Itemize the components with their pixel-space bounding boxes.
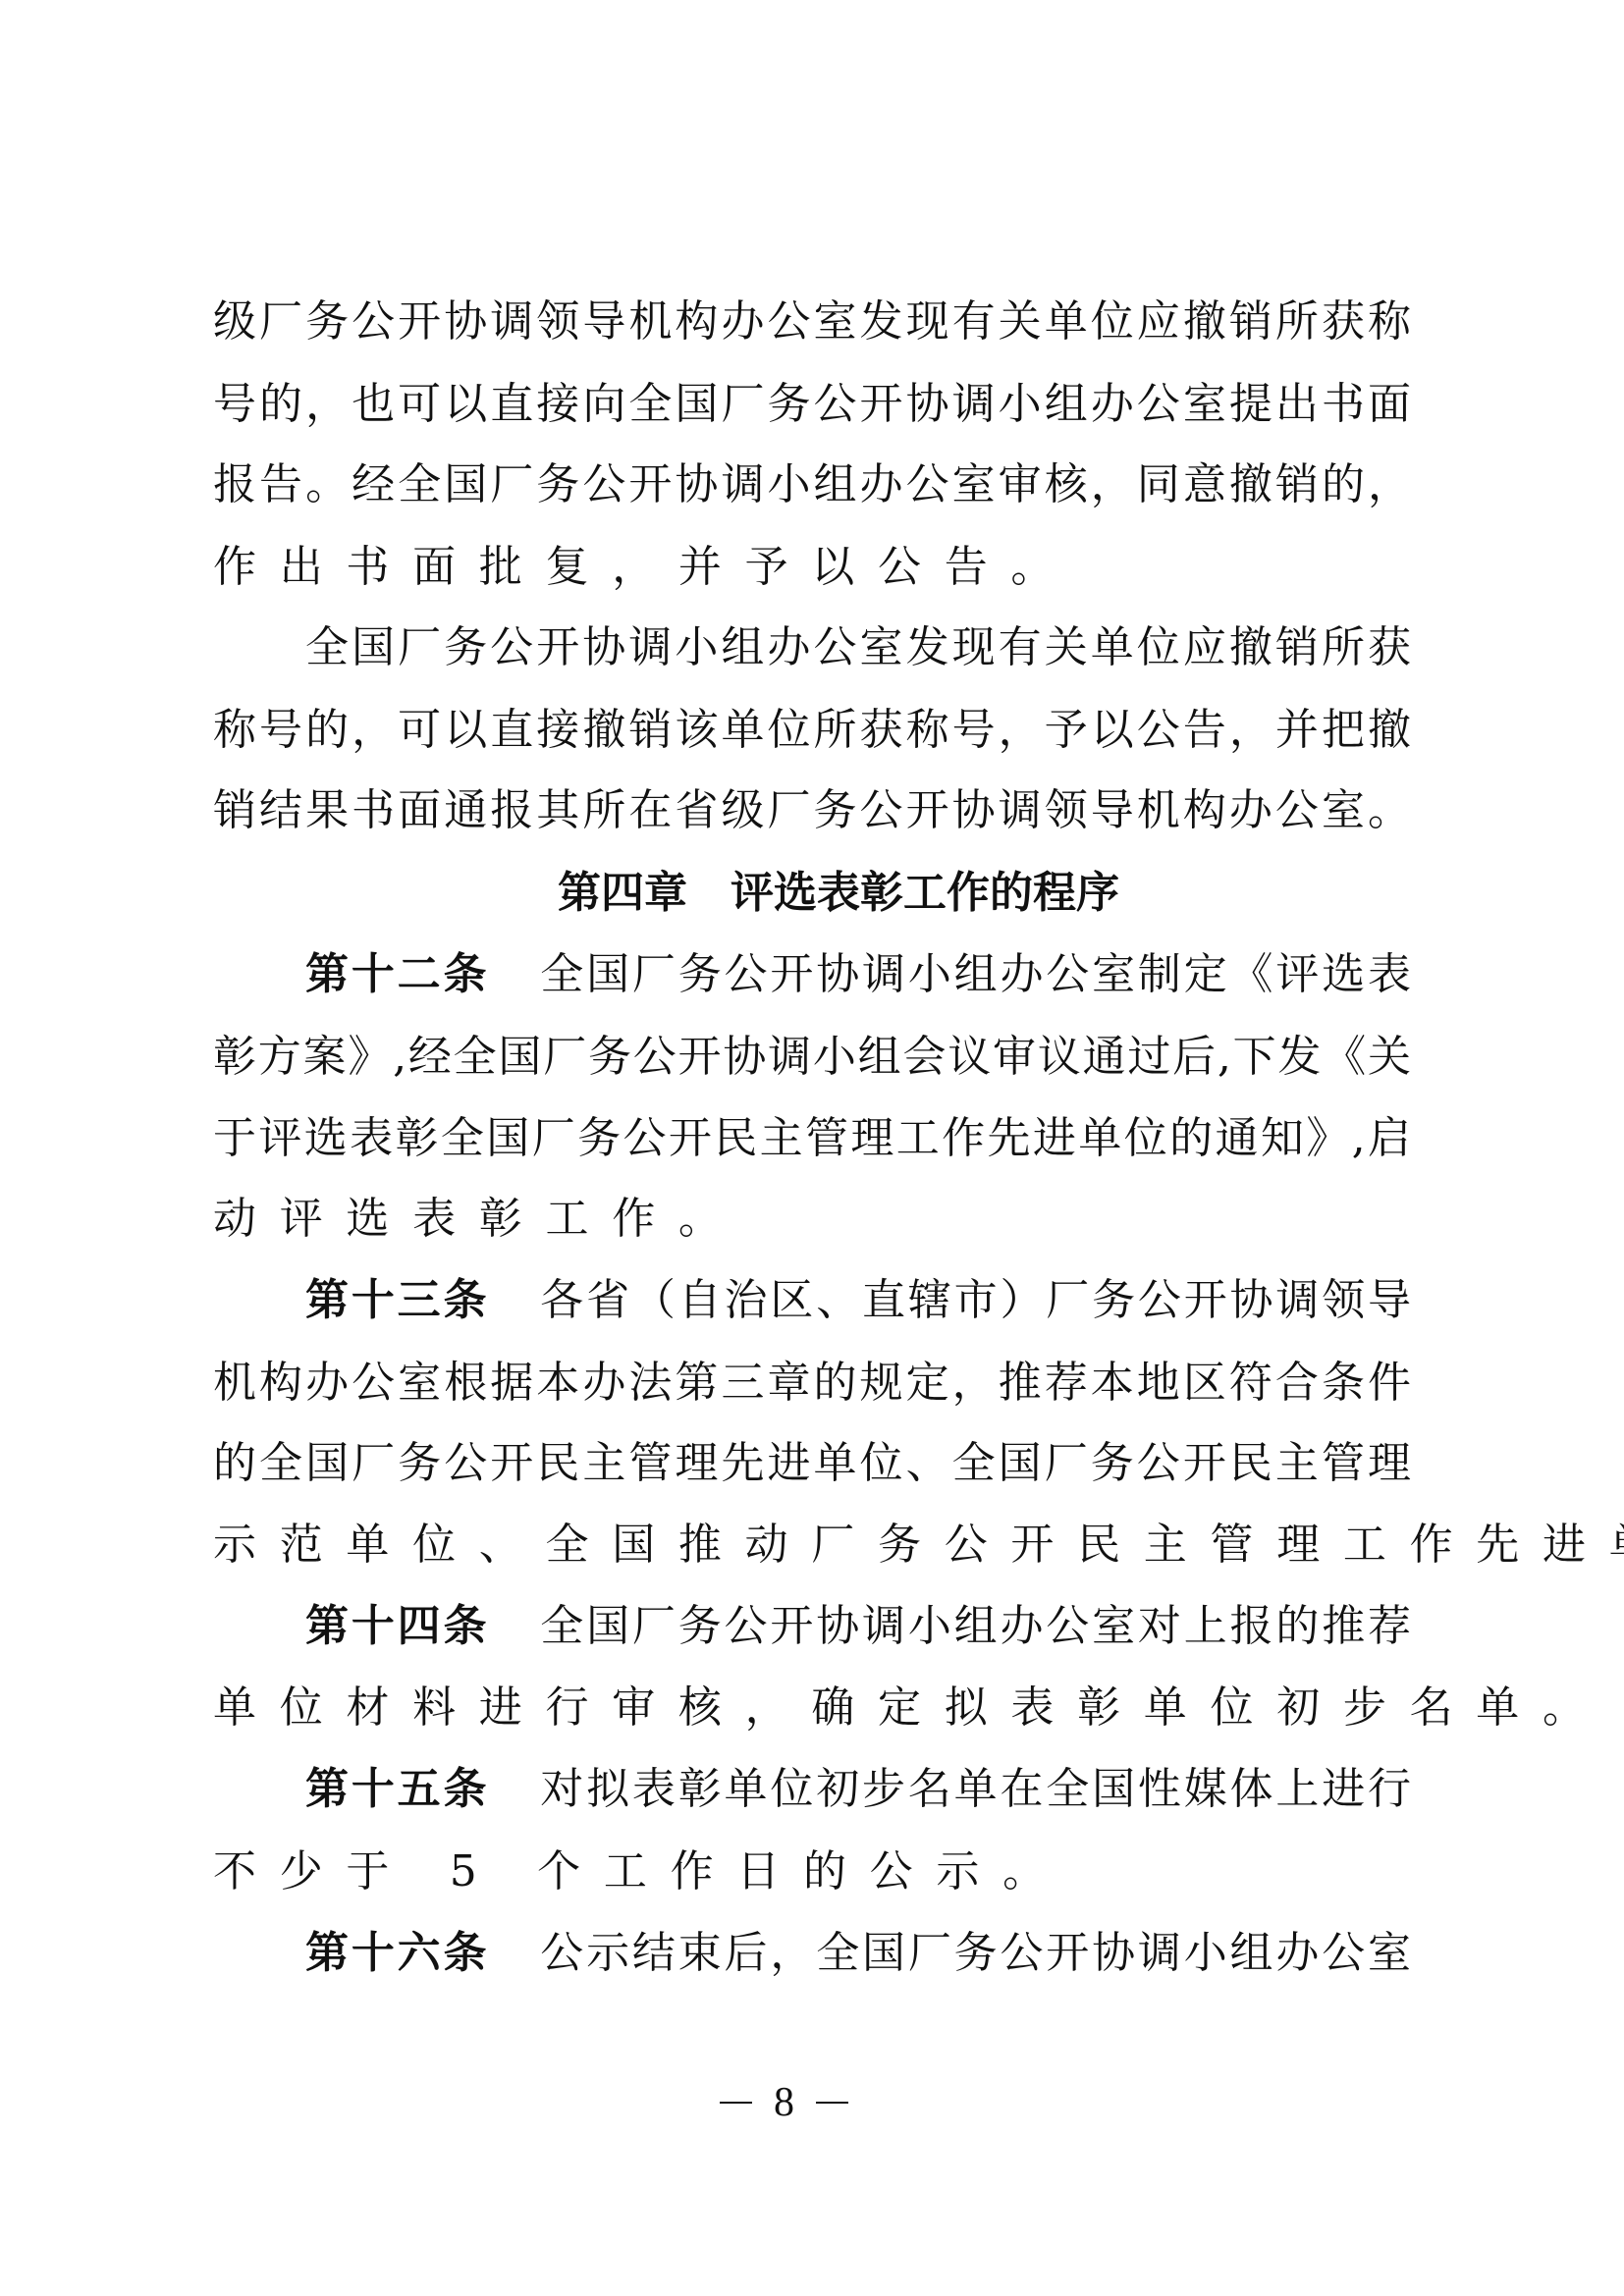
page-number: 8 (720, 2073, 916, 2132)
article-label: 第十六条 (305, 1928, 489, 1978)
document-page: 级厂务公开协调领导机构办公室发现有关单位应撤销所获称 号的，也可以直接向全国厂务… (0, 0, 1624, 2296)
paragraph-line: 称号的，可以直接撤销该单位所获称号，予以公告，并把撤 (213, 696, 1411, 765)
paragraph-line: 的全国厂务公开民主管理先进单位、全国厂务公开民主管理 (213, 1429, 1411, 1498)
article-text: 各省（自治区、直辖市）厂务公开协调领导 (540, 1275, 1411, 1325)
paragraph-line: 不少于 5 个工作日的公示。 (213, 1838, 1411, 1906)
paragraph-line: 销结果书面通报其所在省级厂务公开协调领导机构办公室。 (213, 776, 1411, 845)
article-label: 第十二条 (305, 949, 489, 999)
dash-right (816, 2102, 848, 2104)
paragraph-line: 全国厂务公开协调小组办公室发现有关单位应撤销所获 (305, 614, 1411, 682)
article-first-line: 第十三条各省（自治区、直辖市）厂务公开协调领导 (305, 1266, 1411, 1335)
paragraph-line: 示范单位、全国推动厂务公开民主管理工作先进单位。 (213, 1511, 1411, 1579)
chapter-heading: 第四章评选表彰工作的程序 (558, 859, 1166, 928)
paragraph-line: 报告。经全国厂务公开协调小组办公室审核，同意撤销的， (213, 451, 1411, 519)
paragraph-line: 作出书面批复，并予以公告。 (213, 533, 1411, 602)
chapter-title: 评选表彰工作的程序 (731, 868, 1119, 918)
article-first-line: 第十五条对拟表彰单位初步名单在全国性媒体上进行 (305, 1755, 1411, 1824)
chapter-number: 第四章 (558, 868, 687, 918)
article-text: 全国厂务公开协调小组办公室对上报的推荐 (540, 1601, 1411, 1651)
paragraph-line: 级厂务公开协调领导机构办公室发现有关单位应撤销所获称 (213, 288, 1411, 356)
article-text: 公示结束后，全国厂务公开协调小组办公室 (540, 1928, 1411, 1978)
article-label: 第十四条 (305, 1601, 489, 1651)
paragraph-line: 单位材料进行审核，确定拟表彰单位初步名单。 (213, 1674, 1411, 1742)
paragraph-line: 号的，也可以直接向全国厂务公开协调小组办公室提出书面 (213, 370, 1411, 439)
paragraph-line: 动评选表彰工作。 (213, 1185, 1411, 1254)
article-label: 第十三条 (305, 1275, 489, 1325)
paragraph-line: 于评选表彰全国厂务公开民主管理工作先进单位的通知》,启 (213, 1104, 1411, 1173)
dash-left (720, 2102, 752, 2104)
article-label: 第十五条 (305, 1764, 489, 1814)
article-text: 对拟表彰单位初步名单在全国性媒体上进行 (540, 1764, 1411, 1814)
article-first-line: 第十四条全国厂务公开协调小组办公室对上报的推荐 (305, 1592, 1411, 1661)
article-first-line: 第十六条公示结束后，全国厂务公开协调小组办公室 (305, 1919, 1411, 1988)
article-text: 全国厂务公开协调小组办公室制定《评选表 (540, 949, 1411, 999)
article-first-line: 第十二条全国厂务公开协调小组办公室制定《评选表 (305, 940, 1411, 1009)
page-number-value: 8 (774, 2073, 794, 2132)
paragraph-line: 彰方案》,经全国厂务公开协调小组会议审议通过后,下发《关 (213, 1023, 1411, 1092)
paragraph-line: 机构办公室根据本办法第三章的规定，推荐本地区符合条件 (213, 1349, 1411, 1417)
